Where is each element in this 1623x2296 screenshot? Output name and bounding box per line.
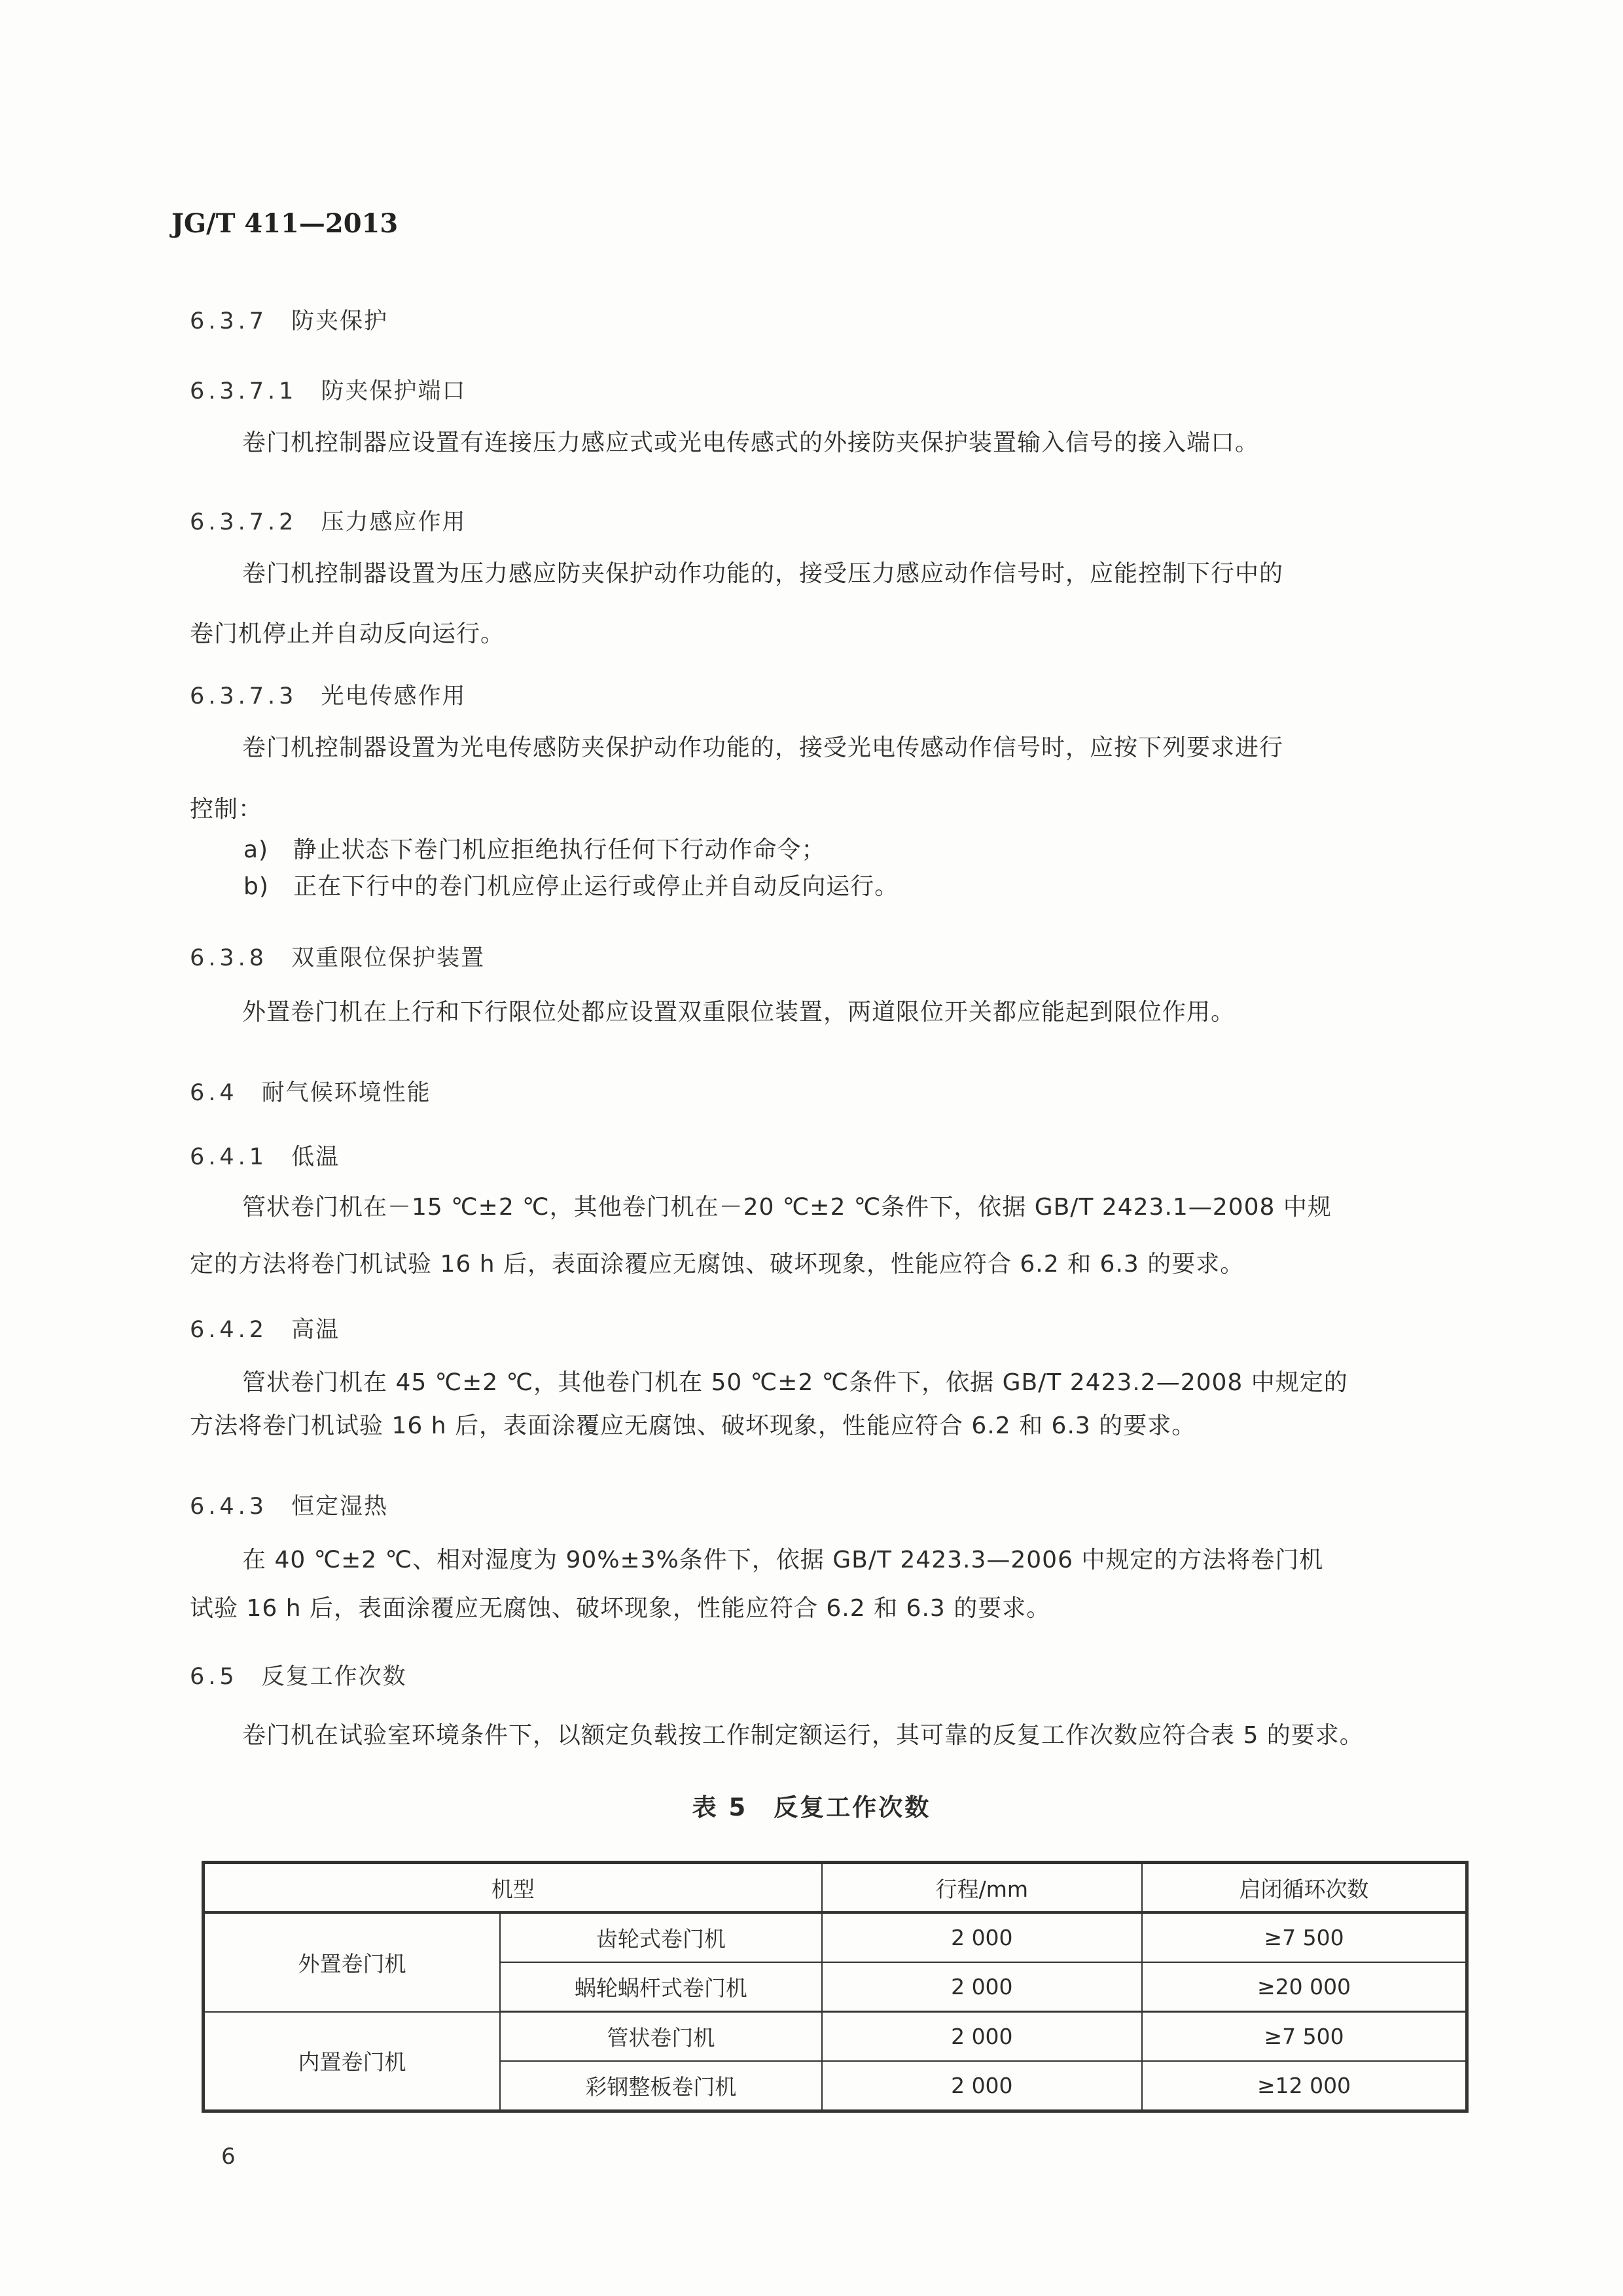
group-name: 内置卷门机	[204, 2012, 501, 2111]
section-title: 双重限位保护装置	[291, 945, 485, 971]
paragraph: 卷门机控制器设置为光电传感防夹保护动作功能的，接受光电传感动作信号时，应按下列要…	[242, 729, 1283, 762]
paragraph-continuation: 定的方法将卷门机试验 16 h 后，表面涂覆应无腐蚀、破坏现象，性能应符合 6.…	[190, 1246, 1244, 1279]
paragraph-continuation: 卷门机停止并自动反向运行。	[190, 615, 505, 649]
stroke-value: 2 000	[822, 1912, 1142, 1962]
paragraph-continuation: 试验 16 h 后，表面涂覆应无腐蚀、破坏现象，性能应符合 6.2 和 6.3 …	[190, 1590, 1050, 1623]
paragraph-continuation: 控制：	[190, 791, 262, 824]
heading-6-3-8: 6.3.8双重限位保护装置	[190, 940, 485, 973]
section-number: 6.4.2	[190, 1317, 268, 1343]
section-number: 6.5	[190, 1664, 238, 1690]
section-title: 压力感应作用	[321, 509, 466, 535]
machine-type: 蜗轮蜗杆式卷门机	[500, 1962, 822, 2012]
heading-6-4-1: 6.4.1低温	[190, 1139, 340, 1172]
heading-6-4-3: 6.4.3恒定湿热	[190, 1488, 388, 1521]
paragraph: 在 40 ℃±2 ℃、相对湿度为 90%±3%条件下，依据 GB/T 2423.…	[242, 1541, 1323, 1575]
stroke-value: 2 000	[822, 2061, 1142, 2111]
paragraph-continuation: 方法将卷门机试验 16 h 后，表面涂覆应无腐蚀、破坏现象，性能应符合 6.2 …	[190, 1407, 1196, 1441]
header-model: 机型	[204, 1863, 822, 1913]
list-item-a: a) 静止状态下卷门机应拒绝执行任何下行动作命令；	[243, 831, 825, 865]
section-number: 6.4	[190, 1080, 238, 1106]
section-number: 6.4.1	[190, 1144, 268, 1170]
table-5-repeat-cycles: 机型 行程/mm 启闭循环次数 外置卷门机 齿轮式卷门机 2 000 ≥7 50…	[202, 1861, 1469, 2113]
standard-code: JG/T 411—2013	[171, 208, 398, 239]
machine-type: 齿轮式卷门机	[500, 1912, 822, 1962]
section-title: 防夹保护端口	[321, 378, 466, 404]
cycles-value: ≥20 000	[1142, 1962, 1467, 2012]
heading-6-3-7-3: 6.3.7.3光电传感作用	[190, 678, 466, 711]
heading-6-5: 6.5反复工作次数	[190, 1659, 407, 1691]
list-marker: a)	[243, 836, 268, 863]
heading-6-3-7-1: 6.3.7.1防夹保护端口	[190, 373, 466, 406]
section-number: 6.3.7.2	[190, 509, 297, 535]
section-title: 光电传感作用	[321, 683, 466, 709]
section-number: 6.4.3	[190, 1494, 268, 1520]
heading-6-3-7-2: 6.3.7.2压力感应作用	[190, 504, 466, 537]
stroke-value: 2 000	[822, 2012, 1142, 2062]
table-caption: 表 5 反复工作次数	[0, 1787, 1623, 1823]
list-item-b: b) 正在下行中的卷门机应停止运行或停止并自动反向运行。	[243, 868, 899, 901]
section-number: 6.3.7	[190, 308, 268, 334]
list-text: 正在下行中的卷门机应停止运行或停止并自动反向运行。	[293, 873, 899, 900]
list-marker: b)	[243, 873, 269, 900]
paragraph: 卷门机控制器应设置有连接压力感应式或光电传感式的外接防夹保护装置输入信号的接入端…	[242, 424, 1259, 457]
section-title: 反复工作次数	[262, 1664, 407, 1690]
table-row: 外置卷门机 齿轮式卷门机 2 000 ≥7 500	[204, 1912, 1467, 1962]
cycles-value: ≥7 500	[1142, 2012, 1467, 2062]
section-title: 高温	[291, 1317, 340, 1343]
machine-type: 彩钢整板卷门机	[500, 2061, 822, 2111]
heading-6-3-7: 6.3.7防夹保护	[190, 303, 388, 336]
header-stroke: 行程/mm	[822, 1863, 1142, 1913]
header-cycles: 启闭循环次数	[1142, 1863, 1467, 1913]
paragraph: 管状卷门机在－15 ℃±2 ℃，其他卷门机在－20 ℃±2 ℃条件下，依据 GB…	[242, 1189, 1332, 1222]
paragraph: 卷门机在试验室环境条件下，以额定负载按工作制定额运行，其可靠的反复工作次数应符合…	[242, 1717, 1364, 1750]
section-title: 防夹保护	[291, 308, 388, 334]
cycles-value: ≥12 000	[1142, 2061, 1467, 2111]
section-title: 恒定湿热	[291, 1494, 388, 1520]
section-title: 耐气候环境性能	[262, 1080, 431, 1106]
paragraph: 管状卷门机在 45 ℃±2 ℃，其他卷门机在 50 ℃±2 ℃条件下，依据 GB…	[242, 1364, 1348, 1397]
section-number: 6.3.7.1	[190, 378, 297, 404]
cycles-value: ≥7 500	[1142, 1912, 1467, 1962]
table-row: 内置卷门机 管状卷门机 2 000 ≥7 500	[204, 2012, 1467, 2062]
page-number: 6	[221, 2144, 236, 2170]
list-text: 静止状态下卷门机应拒绝执行任何下行动作命令；	[293, 836, 825, 863]
heading-6-4: 6.4耐气候环境性能	[190, 1075, 431, 1107]
section-title: 低温	[291, 1144, 340, 1170]
group-name: 外置卷门机	[204, 1912, 501, 2012]
section-number: 6.3.8	[190, 945, 268, 971]
machine-type: 管状卷门机	[500, 2012, 822, 2062]
paragraph: 外置卷门机在上行和下行限位处都应设置双重限位装置，两道限位开关都应能起到限位作用…	[242, 994, 1235, 1027]
table-header-row: 机型 行程/mm 启闭循环次数	[204, 1863, 1467, 1913]
paragraph: 卷门机控制器设置为压力感应防夹保护动作功能的，接受压力感应动作信号时，应能控制下…	[242, 555, 1283, 588]
heading-6-4-2: 6.4.2高温	[190, 1312, 340, 1344]
stroke-value: 2 000	[822, 1962, 1142, 2012]
section-number: 6.3.7.3	[190, 683, 297, 709]
